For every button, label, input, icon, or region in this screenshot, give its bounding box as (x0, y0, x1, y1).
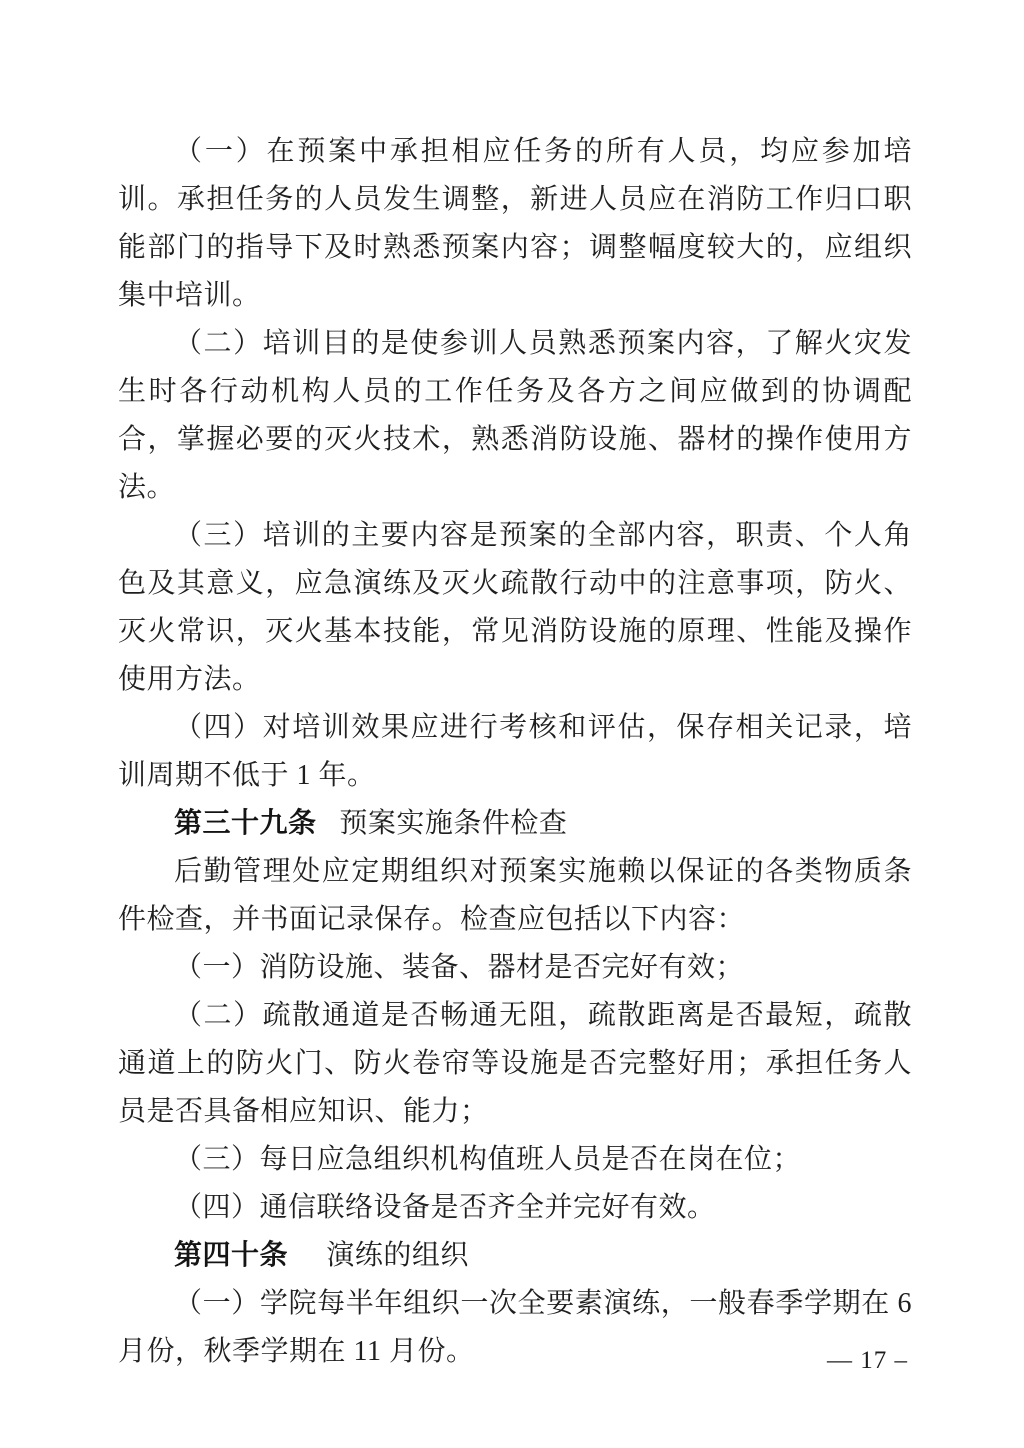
article-heading-40: 第四十条 演练的组织 (118, 1232, 912, 1280)
paragraph-drill-schedule: （一）学院每半年组织一次全要素演练，一般春季学期在 6 月份，秋季学期在 11 … (118, 1280, 912, 1376)
document-body: （一）在预案中承担相应任务的所有人员，均应参加培训。承担任务的人员发生调整，新进… (118, 128, 912, 1376)
paragraph-training-participants: （一）在预案中承担相应任务的所有人员，均应参加培训。承担任务的人员发生调整，新进… (118, 128, 912, 320)
paragraph-inspection-item-3: （三）每日应急组织机构值班人员是否在岗在位； (118, 1136, 912, 1184)
paragraph-training-assessment: （四）对培训效果应进行考核和评估，保存相关记录，培训周期不低于 1 年。 (118, 704, 912, 800)
article-39-number: 第三十九条 (174, 808, 317, 839)
article-40-number: 第四十条 (174, 1240, 288, 1271)
paragraph-training-purpose: （二）培训目的是使参训人员熟悉预案内容，了解火灾发生时各行动机构人员的工作任务及… (118, 320, 912, 512)
article-39-title: 预案实施条件检查 (339, 808, 567, 839)
page-number: — 17 – (827, 1347, 908, 1374)
paragraph-inspection-item-4: （四）通信联络设备是否齐全并完好有效。 (118, 1184, 912, 1232)
article-40-title: 演练的组织 (326, 1240, 469, 1271)
paragraph-inspection-item-2: （二）疏散通道是否畅通无阻，疏散距离是否最短，疏散通道上的防火门、防火卷帘等设施… (118, 992, 912, 1136)
article-heading-39: 第三十九条 预案实施条件检查 (118, 800, 912, 848)
page-footer: — 17 – (827, 1346, 908, 1376)
paragraph-inspection-item-1: （一）消防设施、装备、器材是否完好有效； (118, 944, 912, 992)
paragraph-training-content: （三）培训的主要内容是预案的全部内容，职责、个人角色及其意义，应急演练及灭火疏散… (118, 512, 912, 704)
document-page: （一）在预案中承担相应任务的所有人员，均应参加培训。承担任务的人员发生调整，新进… (0, 0, 1024, 1448)
paragraph-inspection-intro: 后勤管理处应定期组织对预案实施赖以保证的各类物质条件检查，并书面记录保存。检查应… (118, 848, 912, 944)
